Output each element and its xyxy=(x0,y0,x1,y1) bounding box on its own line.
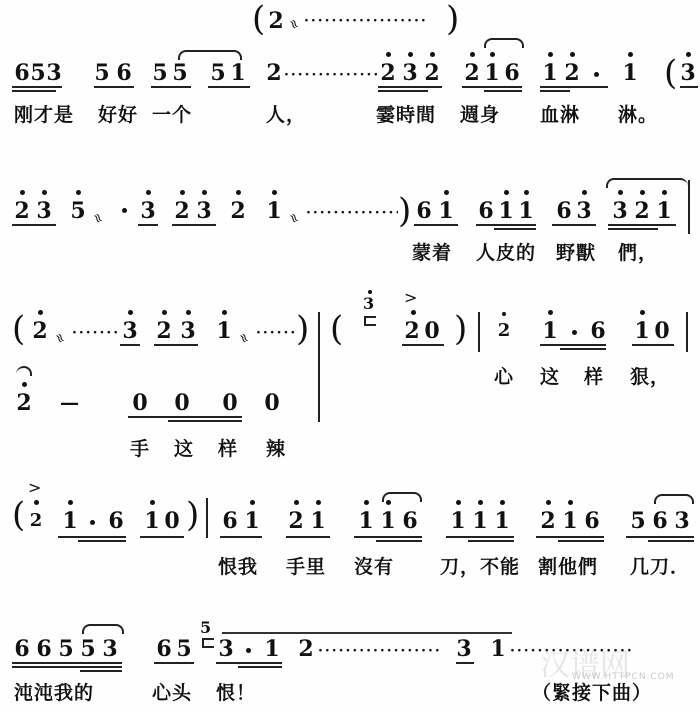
open-paren: ( xyxy=(12,312,25,346)
lyric: 霎時間 xyxy=(376,104,436,126)
lyric: 辣 xyxy=(266,438,286,460)
lyric: 恨！ xyxy=(216,682,256,704)
bar-line xyxy=(318,312,320,422)
bar-line xyxy=(686,312,688,352)
note: 3 xyxy=(196,200,212,222)
underline xyxy=(476,224,536,226)
open-paren: ( xyxy=(330,312,343,346)
note: 2 xyxy=(288,510,304,532)
high-octave-dot xyxy=(316,500,321,505)
high-octave-dot xyxy=(42,190,47,195)
lyric: 样 xyxy=(584,366,604,388)
underline xyxy=(632,344,674,346)
high-octave-dot xyxy=(490,52,495,57)
note: 0 xyxy=(132,392,148,414)
note: 3 xyxy=(180,320,196,342)
note: 1 xyxy=(264,638,280,660)
open-paren: ( xyxy=(252,2,265,36)
fermata xyxy=(16,366,32,376)
note: 6 xyxy=(590,320,606,342)
note: 2 xyxy=(156,320,172,342)
note: 1 xyxy=(216,320,232,342)
underline xyxy=(626,536,694,538)
note: 3 xyxy=(402,62,418,84)
note: 1 xyxy=(518,200,534,222)
high-octave-dot xyxy=(20,190,25,195)
underline xyxy=(558,540,604,542)
note: 3 xyxy=(680,62,696,84)
underline xyxy=(376,540,422,542)
high-octave-dot xyxy=(364,500,369,505)
lyric: 血淋 xyxy=(540,104,580,126)
note: 2 xyxy=(404,320,420,342)
note: 1 xyxy=(266,200,282,222)
lyric: 沒有 xyxy=(354,556,394,578)
high-octave-dot xyxy=(548,310,553,315)
note: 1 xyxy=(438,200,454,222)
underline xyxy=(462,86,522,88)
lyric: 割他們 xyxy=(538,556,598,578)
note: 1 xyxy=(144,510,160,532)
underline xyxy=(172,224,216,226)
note: 6 xyxy=(108,510,124,532)
high-octave-dot xyxy=(34,500,39,505)
lyric: 心 xyxy=(494,366,514,388)
note: 2 xyxy=(28,510,44,532)
lyric: 刚才是 xyxy=(14,104,74,126)
high-octave-dot xyxy=(502,312,506,316)
high-octave-dot xyxy=(68,500,73,505)
open-paren: ( xyxy=(664,56,677,90)
lyric: 手 xyxy=(130,438,150,460)
high-octave-dot xyxy=(478,500,483,505)
lyric: 蒙着 xyxy=(412,242,452,264)
note: 5 xyxy=(172,62,188,84)
augmentation-dot xyxy=(246,648,251,653)
lyric: 人， xyxy=(266,104,306,126)
high-octave-dot xyxy=(456,500,461,505)
note: 2 xyxy=(380,62,396,84)
lyric: 野獸 xyxy=(556,242,596,264)
underline xyxy=(238,666,282,668)
lyric: 人皮的 xyxy=(476,242,536,264)
underline xyxy=(12,90,56,92)
underline xyxy=(378,86,442,88)
underline xyxy=(220,536,262,538)
underline xyxy=(12,662,122,664)
note: 1 xyxy=(656,200,672,222)
underline xyxy=(648,540,694,542)
close-paren: ) xyxy=(446,2,459,36)
slur xyxy=(178,50,242,60)
note: 5 xyxy=(58,638,74,660)
high-octave-dot xyxy=(662,190,667,195)
dot-leader: ·················· xyxy=(304,14,446,28)
note: 2 xyxy=(14,200,30,222)
high-octave-dot xyxy=(408,52,413,57)
note: 5 xyxy=(210,62,226,84)
underline xyxy=(608,228,658,230)
lyric: 淋。 xyxy=(618,104,658,126)
underline xyxy=(58,536,126,538)
high-octave-dot xyxy=(128,310,133,315)
augmentation-dot xyxy=(122,208,127,213)
note: 3 xyxy=(612,200,628,222)
note: 1 xyxy=(244,510,260,532)
high-octave-dot xyxy=(628,52,633,57)
note: 2 xyxy=(634,200,650,222)
bar-line xyxy=(206,498,208,538)
underline xyxy=(154,662,194,664)
underline xyxy=(540,344,606,346)
underline xyxy=(94,86,134,88)
lyric: 沌沌我的 xyxy=(14,682,94,704)
high-octave-dot xyxy=(546,500,551,505)
note: 6 xyxy=(416,200,432,222)
underline xyxy=(208,86,250,88)
note: 1 xyxy=(634,320,650,342)
note: 3 xyxy=(46,62,62,84)
tremolo-icon: ≈ xyxy=(89,211,106,227)
high-octave-dot xyxy=(548,52,553,57)
dot-leader: ·················· xyxy=(306,206,398,220)
grace-note: 5 xyxy=(200,618,211,637)
lyric: 好好 xyxy=(98,104,138,126)
high-octave-dot xyxy=(411,310,416,315)
note: 1 xyxy=(310,510,326,532)
note: 6 xyxy=(652,510,668,532)
note: 1 xyxy=(562,510,578,532)
watermark-text: WWW.HTTPCN.COM xyxy=(572,672,675,682)
dot-leader: ·················· xyxy=(318,644,446,658)
lyric: 几刀． xyxy=(630,556,690,578)
note: 1 xyxy=(484,62,500,84)
note: 1 xyxy=(622,62,638,84)
lyric: 刀，不能 xyxy=(440,556,520,578)
close-paren: ) xyxy=(454,312,467,346)
note: 2 xyxy=(496,320,512,342)
note: 3 xyxy=(218,638,234,660)
continuation-note: （緊接下曲） xyxy=(532,682,652,704)
note: 6 xyxy=(14,638,30,660)
note: 1 xyxy=(380,510,396,532)
note: 1 xyxy=(498,200,514,222)
note: 2 xyxy=(230,200,246,222)
note: 6 xyxy=(584,510,600,532)
note: 3 xyxy=(36,200,52,222)
underline xyxy=(128,416,242,418)
note: 2 xyxy=(298,638,314,660)
note: 3 xyxy=(674,510,690,532)
high-octave-dot xyxy=(524,190,529,195)
high-octave-dot xyxy=(470,52,475,57)
dot-leader: ·················· xyxy=(256,326,296,340)
underline xyxy=(446,536,514,538)
underline xyxy=(536,536,604,538)
close-paren: ) xyxy=(186,498,199,532)
underline xyxy=(540,90,570,92)
tremolo-icon: ≈ xyxy=(285,211,302,227)
note: 0 xyxy=(222,392,238,414)
note: 1 xyxy=(450,510,466,532)
underline xyxy=(120,344,140,346)
underline xyxy=(484,90,522,92)
note: 6 xyxy=(14,62,30,84)
lyric: 恨我 xyxy=(218,556,258,578)
lyric: 週身 xyxy=(460,104,500,126)
note: 1 xyxy=(472,510,488,532)
high-octave-dot xyxy=(76,190,81,195)
slur xyxy=(382,492,422,502)
high-octave-dot xyxy=(568,500,573,505)
lyric: 心头 xyxy=(152,682,192,704)
accent-mark: > xyxy=(404,288,417,307)
note: 1 xyxy=(542,320,558,342)
note: 3 xyxy=(576,200,592,222)
note: 2 xyxy=(268,10,284,32)
high-octave-dot xyxy=(38,310,43,315)
close-paren: ) xyxy=(398,194,411,228)
underline xyxy=(402,344,444,346)
note: 5 xyxy=(80,638,96,660)
note: 0 xyxy=(264,392,280,414)
high-octave-dot xyxy=(640,190,645,195)
note: 1 xyxy=(494,510,510,532)
augmentation-dot xyxy=(90,520,95,525)
underline xyxy=(378,90,428,92)
close-paren: ) xyxy=(296,312,309,346)
high-octave-dot xyxy=(150,500,155,505)
high-octave-dot xyxy=(618,190,623,195)
note: 6 xyxy=(402,510,418,532)
underline xyxy=(608,224,676,226)
note: 2 xyxy=(174,200,190,222)
underline xyxy=(154,344,198,346)
note: 0 xyxy=(174,392,190,414)
underline xyxy=(12,224,56,226)
underline xyxy=(216,662,282,664)
note: 5 xyxy=(70,200,86,222)
underline xyxy=(78,540,126,542)
dot-leader: ·················· xyxy=(284,68,378,82)
note: 5 xyxy=(94,62,110,84)
phrase-slur xyxy=(222,632,512,634)
underline xyxy=(560,348,606,350)
note: 2 xyxy=(564,62,580,84)
high-octave-dot xyxy=(430,52,435,57)
high-octave-dot xyxy=(180,190,185,195)
underline xyxy=(168,420,242,422)
underline xyxy=(286,536,330,538)
slur xyxy=(484,38,524,48)
lyric: 样 xyxy=(218,438,238,460)
note: 6 xyxy=(556,200,572,222)
slur xyxy=(606,178,688,188)
high-octave-dot xyxy=(186,310,191,315)
bar-line xyxy=(688,180,690,234)
note: 2 xyxy=(424,62,440,84)
note: 1 xyxy=(62,510,78,532)
high-octave-dot xyxy=(272,190,277,195)
note: 2 xyxy=(540,510,556,532)
note: 2 xyxy=(464,62,480,84)
augmentation-dot xyxy=(572,330,577,335)
open-paren: ( xyxy=(12,498,25,532)
note: 5 xyxy=(630,510,646,532)
note: 6 xyxy=(156,638,172,660)
lyric: 一个 xyxy=(152,104,192,126)
note: 6 xyxy=(36,638,52,660)
note: 0 xyxy=(424,320,440,342)
underline xyxy=(456,662,474,664)
lyric: 手里 xyxy=(286,556,326,578)
grace-hook xyxy=(364,316,376,326)
note: 0 xyxy=(654,320,670,342)
note: 3 xyxy=(122,320,138,342)
high-octave-dot xyxy=(640,310,645,315)
tremolo-icon: ≈ xyxy=(285,17,302,33)
high-octave-dot xyxy=(444,190,449,195)
underline xyxy=(414,224,458,226)
note: 6 xyxy=(222,510,238,532)
underline xyxy=(151,86,191,88)
high-octave-dot xyxy=(294,500,299,505)
note: 3 xyxy=(456,638,472,660)
lyric: 們， xyxy=(618,242,658,264)
note: 6 xyxy=(116,62,132,84)
bar-line xyxy=(478,312,480,352)
high-octave-dot xyxy=(582,190,587,195)
note: 0 xyxy=(164,510,180,532)
underline xyxy=(140,536,184,538)
note: 1 xyxy=(230,62,246,84)
note: 2 xyxy=(16,392,32,414)
high-octave-dot xyxy=(236,190,241,195)
slur xyxy=(82,624,124,634)
high-octave-dot xyxy=(500,500,505,505)
underline xyxy=(540,86,608,88)
tremolo-icon: ≈ xyxy=(51,331,68,347)
note: 2 xyxy=(266,62,282,84)
note: 3 xyxy=(102,638,118,660)
high-octave-dot xyxy=(162,310,167,315)
note: 5 xyxy=(152,62,168,84)
underline xyxy=(80,670,122,672)
high-octave-dot xyxy=(146,190,151,195)
note: 3 xyxy=(140,200,156,222)
underline xyxy=(680,86,698,88)
note: 1 xyxy=(490,638,506,660)
underline xyxy=(468,540,514,542)
underline xyxy=(494,228,536,230)
high-octave-dot xyxy=(386,52,391,57)
note: 1 xyxy=(358,510,374,532)
lyric: 这 xyxy=(540,366,560,388)
high-octave-dot xyxy=(202,190,207,195)
high-octave-dot xyxy=(222,310,227,315)
note: 6 xyxy=(504,62,520,84)
underline xyxy=(354,536,422,538)
music-score-page: ( 2 ≈ ·················· ) 6 5 3 5 6 5 5… xyxy=(0,0,700,712)
underline xyxy=(138,224,158,226)
note: 2 xyxy=(32,320,48,342)
note: 6 xyxy=(478,200,494,222)
tremolo-icon: ≈ xyxy=(235,331,252,347)
lyric: 这 xyxy=(174,438,194,460)
accent-mark: > xyxy=(28,478,41,497)
underline xyxy=(12,86,62,88)
note: 5 xyxy=(30,62,46,84)
lyric: 狠， xyxy=(630,366,670,388)
grace-note: 3 xyxy=(363,294,374,313)
high-octave-dot xyxy=(504,190,509,195)
high-octave-dot xyxy=(22,382,27,387)
slur xyxy=(654,494,694,504)
augmentation-dot xyxy=(594,72,599,77)
note: 1 xyxy=(542,62,558,84)
high-octave-dot xyxy=(250,500,255,505)
grace-hook xyxy=(202,638,214,648)
underline xyxy=(12,666,122,668)
dot-leader: ·················· xyxy=(72,326,120,340)
high-octave-dot xyxy=(570,52,575,57)
note: 5 xyxy=(176,638,192,660)
underline xyxy=(552,224,596,226)
high-octave-dot xyxy=(686,52,691,57)
dash: — xyxy=(60,392,80,414)
